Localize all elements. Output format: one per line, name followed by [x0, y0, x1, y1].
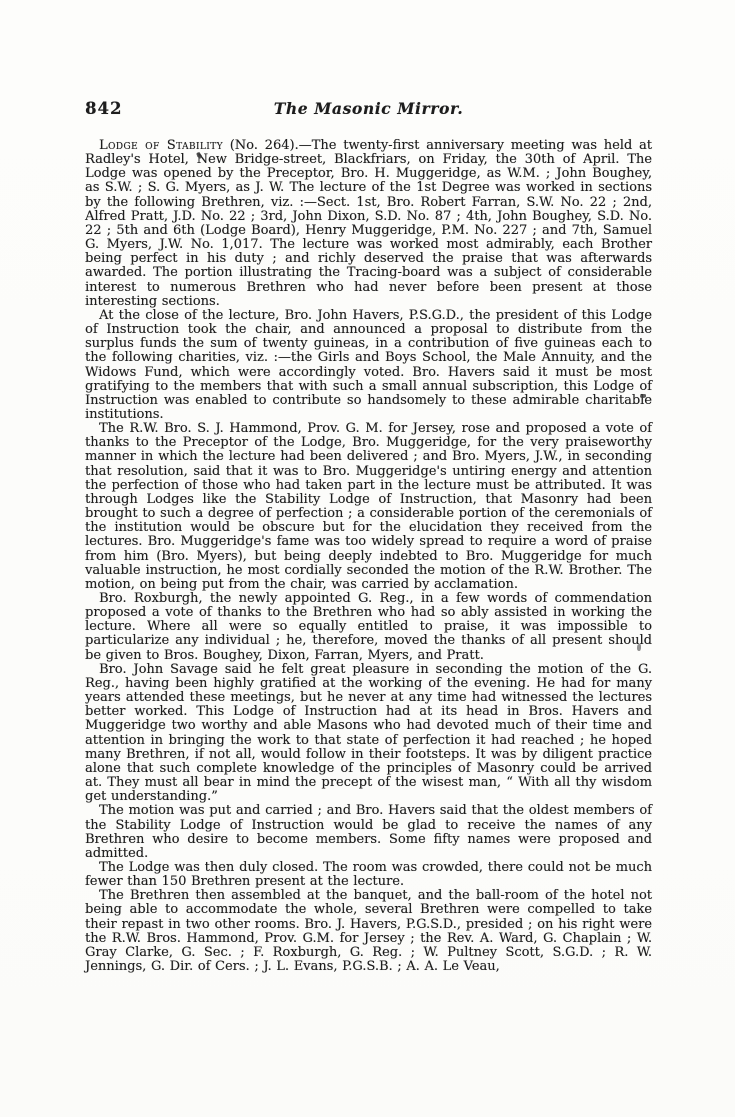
paragraph-3: The R.W. Bro. S. J. Hammond, Prov. G. M.…	[85, 422, 652, 592]
paragraph-7: The Lodge was then duly closed. The room…	[85, 861, 652, 889]
lodge-name-lead-in: Lodge of Stability	[99, 138, 223, 153]
paragraph-1-text: (No. 264).—The twenty-first anniversary …	[85, 138, 652, 309]
ink-speck	[637, 644, 641, 651]
scanned-page: 842 The Masonic Mirror. Lodge of Stabili…	[0, 0, 735, 1117]
journal-title: The Masonic Mirror.	[85, 99, 652, 118]
paragraph-8: The Brethren then assembled at the banqu…	[85, 889, 652, 974]
paragraph-1: Lodge of Stability (No. 264).—The twenty…	[85, 139, 652, 309]
running-head: 842 The Masonic Mirror.	[85, 99, 652, 121]
paragraph-6: The motion was put and carried ; and Bro…	[85, 804, 652, 861]
article-body: Lodge of Stability (No. 264).—The twenty…	[85, 139, 652, 974]
paragraph-4: Bro. Roxburgh, the newly appointed G. Re…	[85, 592, 652, 663]
ink-speck	[640, 394, 646, 398]
paragraph-2: At the close of the lecture, Bro. John H…	[85, 309, 652, 422]
paragraph-5: Bro. John Savage said he felt great plea…	[85, 663, 652, 805]
